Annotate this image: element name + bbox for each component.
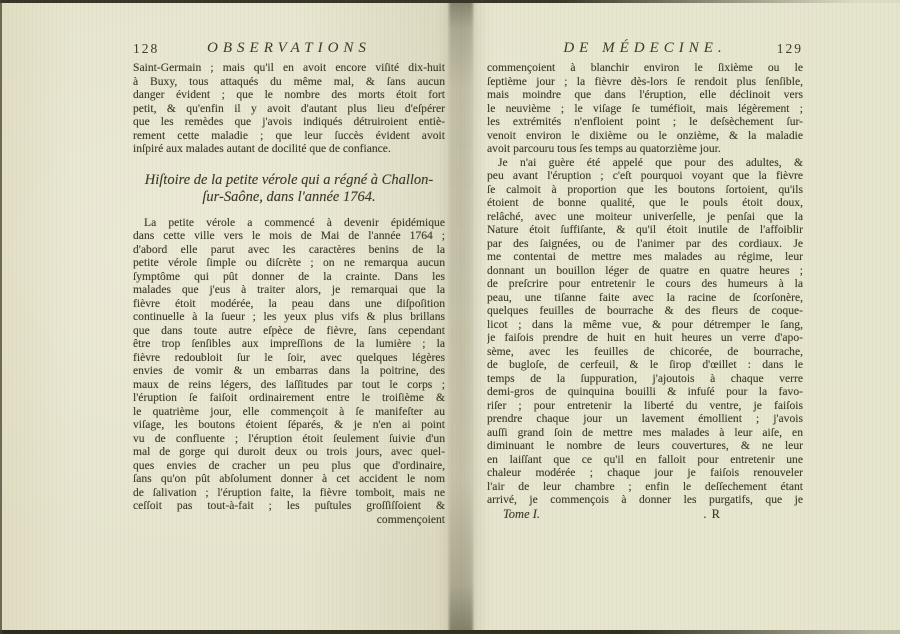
text-line: temps de la ſuppuration, j'ajoutois à ch… [487, 372, 803, 386]
photo-edge-bottom [0, 630, 900, 634]
gathering-signature: . R [703, 508, 721, 523]
text-line: dans cette ville vers le mois de Mai de … [133, 229, 445, 243]
text-line: que les remèdes que j'avois indiqués dét… [133, 115, 445, 129]
text-line: malades que j'eus à traiter alors, je re… [133, 283, 445, 297]
text-line: ſeptième jour ; la fièvre dès-lors ſe re… [487, 75, 803, 89]
tome-label: Tome I. [503, 508, 540, 523]
text-line: ſymptôme qui pût donner de la crainte. D… [133, 270, 445, 284]
text-line: l'air de leur chambre ; enfin le deſſech… [487, 480, 803, 494]
text-line: demi-gros de quinquina bouilli & infuſé … [487, 385, 803, 399]
text-line: étoient de bonne qualité, que le pouls é… [487, 196, 803, 210]
text-line: envies de vomir & un embarras dans la po… [133, 364, 445, 378]
text-line: me contentai de mettre mes malades au ré… [487, 250, 803, 264]
right-body-paragraphs: commençoient à blanchir environ le ſixiè… [487, 61, 803, 507]
left-body-paragraphs: La petite vérole a commencé à devenir ép… [133, 216, 445, 513]
text-line: mal de gorge qui duroit deux ou trois jo… [133, 445, 445, 459]
text-line: La petite vérole a commencé à devenir ép… [133, 216, 445, 230]
left-intro-paragraphs: Saint-Germain ; mais qu'il en avoit enco… [133, 61, 445, 156]
right-running-title: DE MÉDECINE. [487, 40, 803, 57]
text-line: quelques feuilles de bourrache & des fle… [487, 304, 803, 318]
text-line: ſe calmoit à proportion que les boutons … [487, 183, 803, 197]
text-line: Nature étoit ſuffiſante, & qu'il étoit i… [487, 223, 803, 237]
right-page-text-column: commençoient à blanchir environ le ſixiè… [487, 61, 803, 523]
text-line: licot ; dans la même vue, & pour détremp… [487, 318, 803, 332]
text-line: par des ſaignées, ou de l'animer par des… [487, 237, 803, 251]
text-line: petite vérole ſimple ou diſcrète ; on ne… [133, 256, 445, 270]
text-line: peu avant l'éruption ; c'eſt pourquoi vo… [487, 169, 803, 183]
text-line: le quatrième jour, elle commençoit à ſe … [133, 405, 445, 419]
text-line: à Buxy, tous attaqués du même mal, & ſan… [133, 75, 445, 89]
text-line: vu de confluente ; l'éruption étoit ſeul… [133, 432, 445, 446]
text-line: mais moindre que dans l'éruption, elle d… [487, 88, 803, 102]
text-line: les extrémités n'enfloient point ; le de… [487, 115, 803, 129]
left-running-head: 128 OBSERVATIONS [133, 40, 445, 58]
text-line: chaleur modérée ; chaque jour je faiſois… [487, 466, 803, 480]
text-line: être trop ſenſibles aux impreſſions de l… [133, 337, 445, 351]
text-line: riſer ; pour entretenir la liberté du ve… [487, 399, 803, 413]
text-line: Saint-Germain ; mais qu'il en avoit enco… [133, 61, 445, 75]
text-line: relâché, avec une moiteur univerſelle, j… [487, 210, 803, 224]
text-line: danger évident ; que le nombre des morts… [133, 88, 445, 102]
text-line: viſage, les boutons étoient ſéparés, & j… [133, 418, 445, 432]
text-line: diminuant le nombre de leurs couvertures… [487, 439, 803, 453]
text-line: rement cette maladie ; que leur ſuccès é… [133, 129, 445, 143]
text-line: auſſi grand ſoin de mettre mes malades à… [487, 426, 803, 440]
text-line: maux de reins légers, des laſſitudes par… [133, 378, 445, 392]
text-line: le neuvième ; le viſage ſe tuméfioit, ma… [487, 102, 803, 116]
text-line: fièvre redoubloit ſur le ſoir, avec quel… [133, 351, 445, 365]
text-line: l'éruption ſe faiſoit ordinairement entr… [133, 391, 445, 405]
paragraph: commençoient à blanchir environ le ſixiè… [487, 61, 803, 156]
text-line: ceſſoit pas tout-à-fait ; les puſtules g… [133, 499, 445, 513]
text-line: en laiſſant que ce qu'il en falloit pour… [487, 453, 803, 467]
text-line: de bugloſe, de cerfeuil, & le ſirop d'œi… [487, 358, 803, 372]
text-line: sème, avec les feuilles de chicorée, de … [487, 345, 803, 359]
text-line: fièvre étoit modérée, la peau dans une d… [133, 297, 445, 311]
text-line: que dans toute autre eſpèce de fièvre, ſ… [133, 324, 445, 338]
text-line: peau, une tiſanne faite avec la racine d… [487, 291, 803, 305]
text-line: je faiſois prendre de huit en huit heure… [487, 331, 803, 345]
text-line: de ſalivation ; l'éruption faite, la fiè… [133, 486, 445, 500]
book-gutter [449, 0, 473, 634]
text-line: d'abord elle parut avec les caractères b… [133, 243, 445, 257]
text-line: arrivé, je commençois à donner les purga… [487, 493, 803, 507]
paragraph: Saint-Germain ; mais qu'il en avoit enco… [133, 61, 445, 156]
paragraph: Je n'ai guère été appelé que pour des ad… [487, 156, 803, 507]
photo-edge-top [0, 0, 900, 3]
section-heading-line-1: Hiſtoire de la petite vérole qui a régné… [133, 172, 445, 189]
text-line: prendre chaque jour un lavement émollien… [487, 412, 803, 426]
text-line: venoit environ le dixième ou le onzième,… [487, 129, 803, 143]
text-line: donnant un bouillon léger de quatre en q… [487, 264, 803, 278]
text-line: petit, & qu'enfin il y avoit d'autant pl… [133, 102, 445, 116]
text-line: ques envies de cracher un peu plus que d… [133, 459, 445, 473]
paragraph: La petite vérole a commencé à devenir ép… [133, 216, 445, 513]
text-line: ſans qu'on pût abſolument donner à cet a… [133, 472, 445, 486]
right-page-footer: Tome I. . R [487, 507, 803, 523]
section-heading-line-2: ſur-Saône, dans l'année 1764. [133, 189, 445, 206]
photo-edge-left [0, 0, 2, 634]
text-line: commençoient à blanchir environ le ſixiè… [487, 61, 803, 75]
text-line: avoit parcouru tous ſes temps au quatorz… [487, 142, 803, 156]
text-line: inſpiré aux malades autant de docilité q… [133, 142, 445, 156]
right-page-number: 129 [777, 41, 803, 57]
right-running-head: DE MÉDECINE. 129 [487, 40, 803, 58]
section-heading: Hiſtoire de la petite vérole qui a régné… [133, 172, 445, 206]
text-line: continuelle à la ſueur ; les yeux plus v… [133, 310, 445, 324]
text-line: de preſcrire pour entretenir le cours de… [487, 277, 803, 291]
text-line: Je n'ai guère été appelé que pour des ad… [487, 156, 803, 170]
left-page-text-column: Saint-Germain ; mais qu'il en avoit enco… [133, 61, 445, 526]
left-running-title: OBSERVATIONS [133, 40, 445, 57]
catchword: commençoient [133, 513, 445, 527]
left-page-number: 128 [133, 41, 159, 57]
